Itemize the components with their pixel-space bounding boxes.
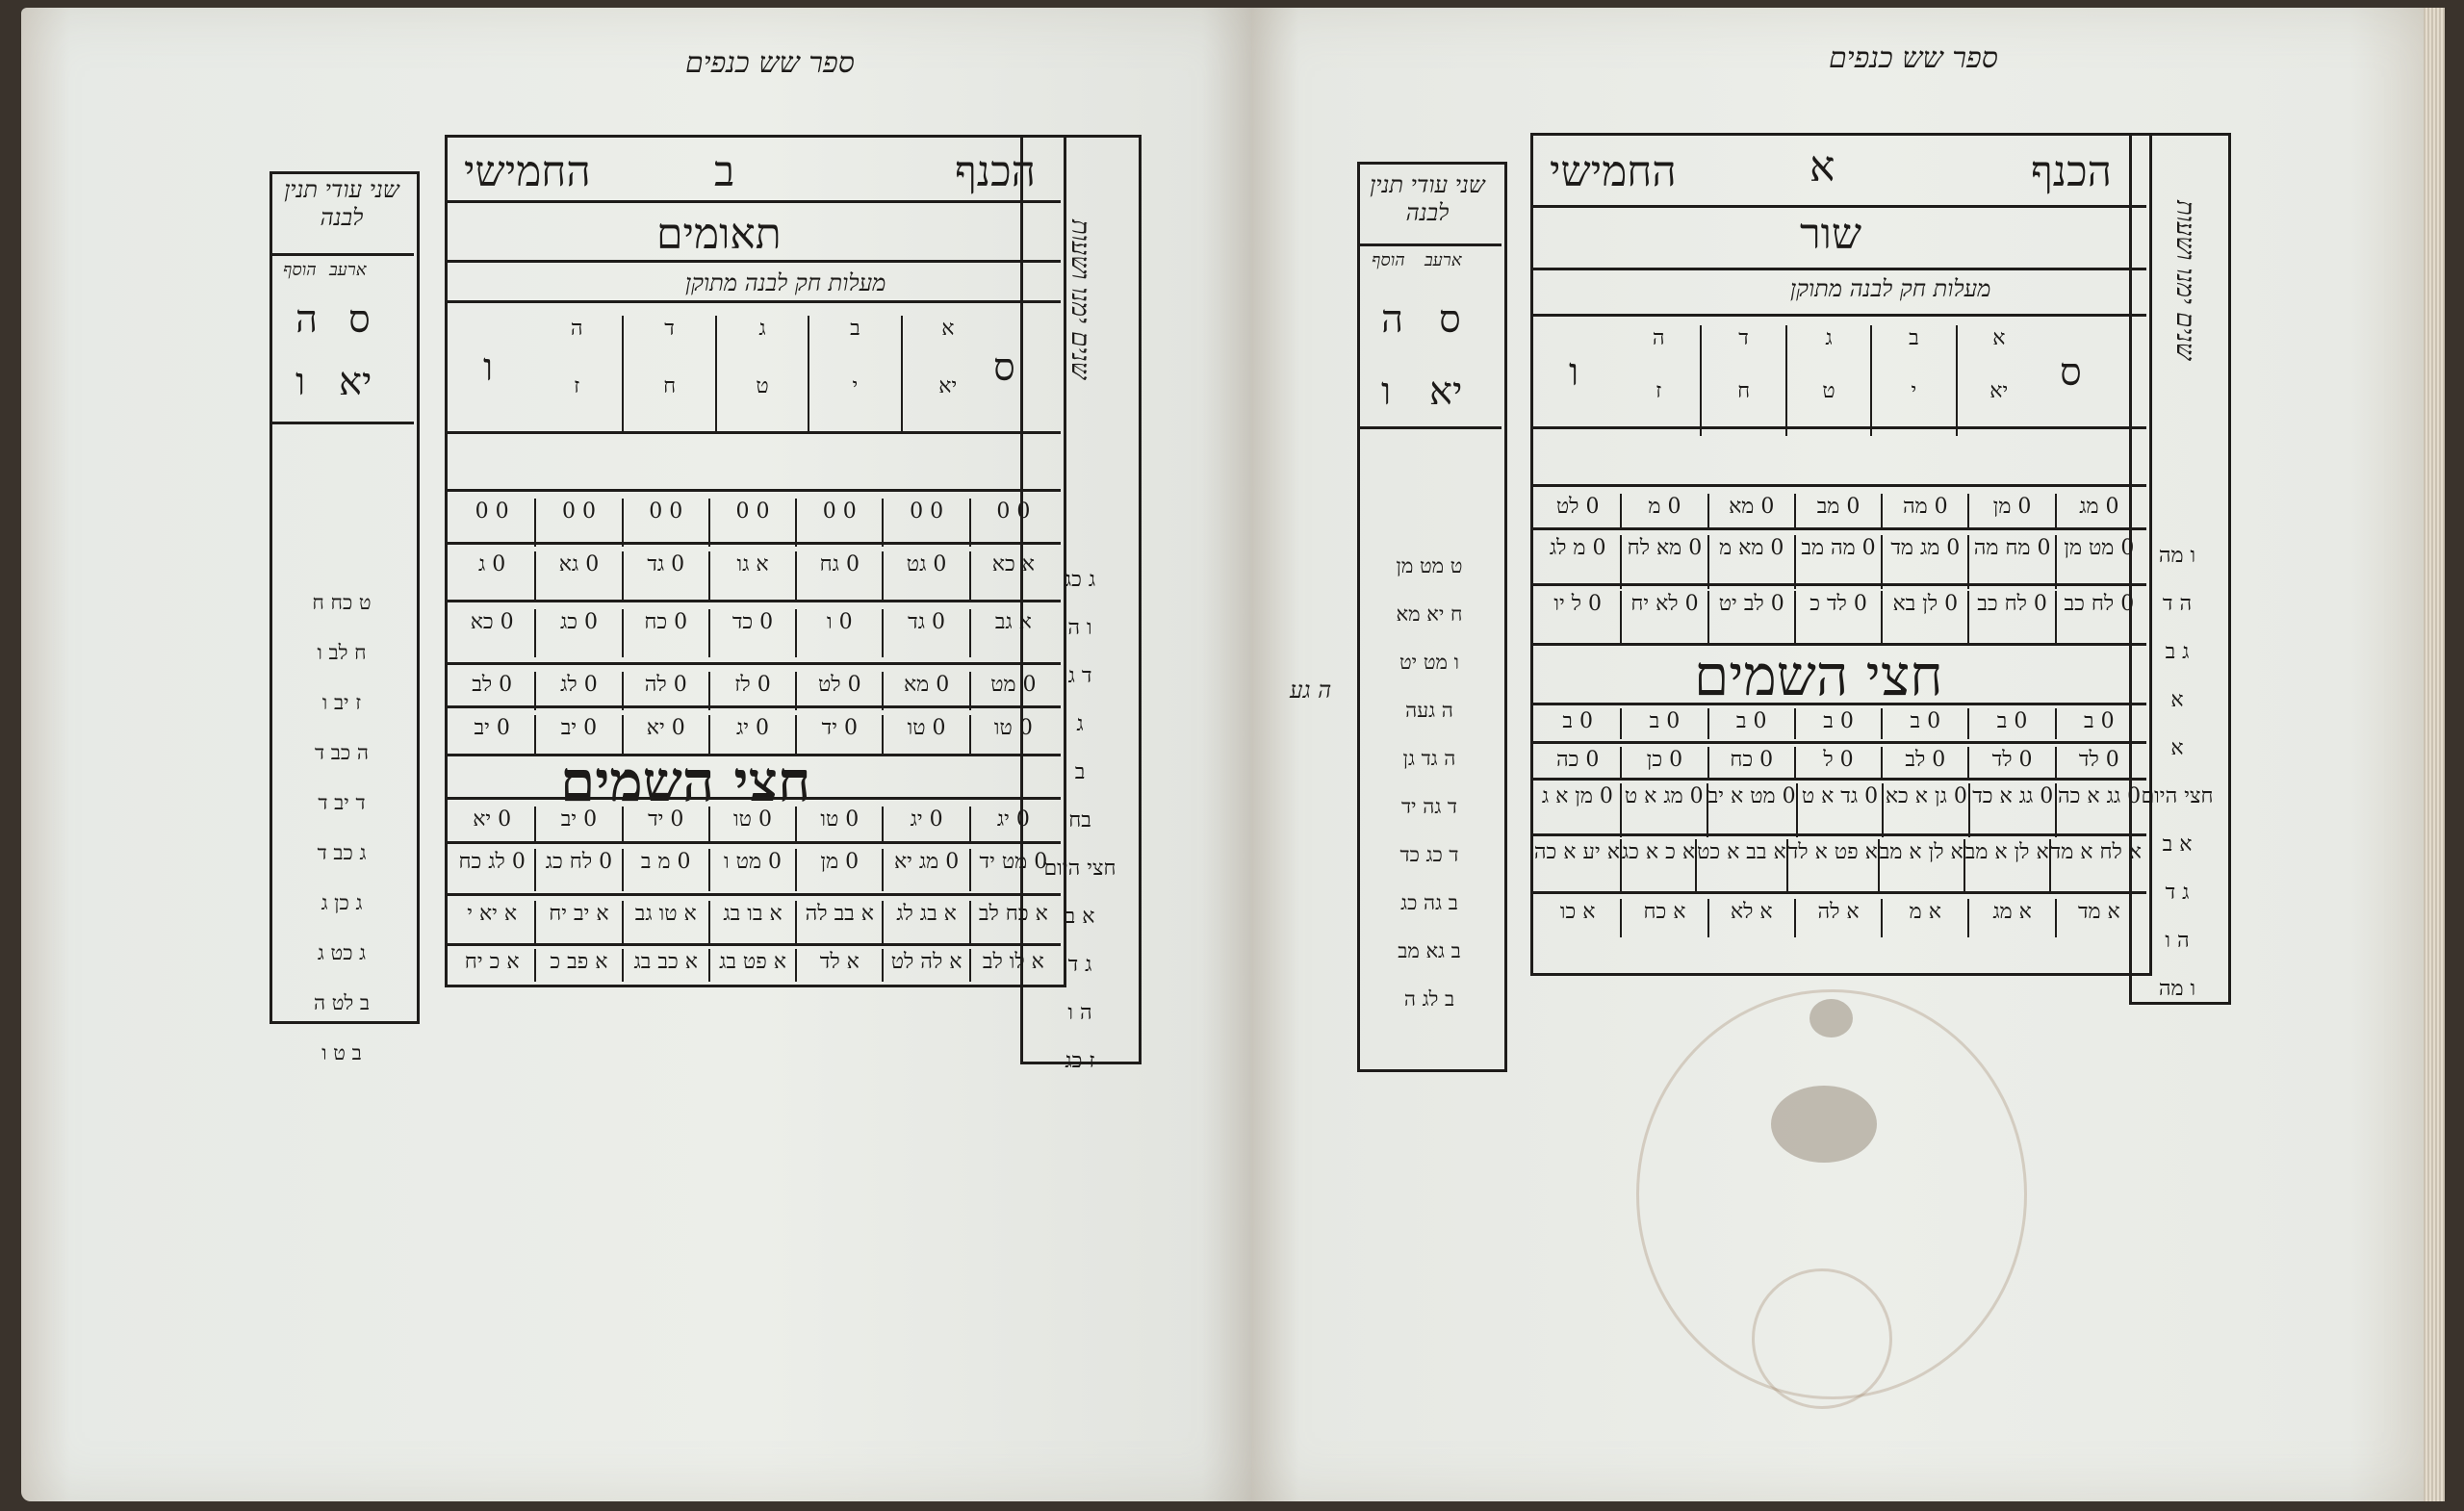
title-letter: ב <box>714 147 734 196</box>
title-wing: הכנף <box>2031 147 2112 196</box>
title-fifth: החמישי <box>464 147 591 196</box>
upper-row-5: 0 טו0 טו0 יד0 יג0 יא0 יב0 יב <box>449 715 1056 754</box>
lower-row-3: 0 גג א כה0 גג א כד0 גן א כא0 גד א ט0 מט … <box>1535 783 2142 837</box>
right-page: ספר שש כנפים הכנף א החמישי שור מעלות חק … <box>1251 8 2445 1501</box>
title-wing: הכנף <box>955 147 1036 196</box>
title-letter: א <box>1809 142 1835 192</box>
left-side-rows: ט כח חח לב וז יב וה כב דד יב דג כב דג כן… <box>279 527 404 1078</box>
lower-row-1: 0 ב0 ב0 ב0 ב0 ב0 ב0 ב <box>1535 708 2142 739</box>
degree-side-right: ס <box>993 345 1015 390</box>
upper-row-2: 0 מט מן0 מח מה0 מג מד0 מה מב0 מא מ0 מא ל… <box>1535 535 2142 589</box>
degree-side-left: ו <box>483 345 493 390</box>
running-head-left: ספר שש כנפים <box>685 46 855 80</box>
upper-row-3: 0 לח כב0 לח כב0 לן בא0 לד כ0 לב יט0 לא י… <box>1535 591 2142 645</box>
lower-row-2: 0 לד0 לד0 לב0 ל0 כח0 כן0 כה <box>1535 747 2142 778</box>
right-side-header: שנים ימנו ושעות <box>1065 219 1094 470</box>
degree-letters-top: א ב ג ד ה <box>1617 325 2040 383</box>
sign-name: תאומים <box>656 210 782 259</box>
half-heaven-label: חצי השמים <box>1694 643 1943 708</box>
upper-row-1: 0 מג0 מן0 מה0 מב0 מא0 מ0 לט <box>1535 494 2142 528</box>
lower-row-2: 0 מט יד0 מג יא0 מן0 מט ו0 מ ב0 לח כג0 לג… <box>449 849 1056 891</box>
title-fifth: החמישי <box>1550 147 1677 196</box>
margin-note: ה גע <box>1290 677 1331 704</box>
page-edges <box>2424 8 2445 1501</box>
lower-row-5: א מדא מגא מא להא לאא כחא כו <box>1535 899 2142 937</box>
right-side-header: שנים ימנו ושעות <box>2170 200 2199 450</box>
ink-stain <box>1771 1086 1877 1163</box>
upper-row-4: 0 מט0 מא0 לט0 לז0 לה0 לג0 לב <box>449 672 1056 710</box>
side-header: שני עודי תנין לבנה <box>1365 171 1490 227</box>
subtitle: מעלות חק לבנה מתוקן <box>685 269 885 297</box>
upper-row-3: א גב0 גד0 ו0 כד0 כח0 כג0 כא <box>449 609 1056 657</box>
lower-row-1: 0 יג0 יג0 טו0 טו0 יד0 יב0 יא <box>449 807 1056 841</box>
left-side-rows: ט מט מןח יא מאו מט יטה געהה גד גןד גה יד… <box>1365 494 1494 1023</box>
lower-row-4: א לח א מדא לן א מבא לן א מבא פט א לדא בב… <box>1535 839 2142 893</box>
running-head-right: ספר שש כנפים <box>1829 41 1998 75</box>
right-side-col: ג כגו הד גגבבחחצי היוםא בג דה וז כג <box>1032 508 1128 1086</box>
upper-row-2: א כא0 גט0 גחא גו0 גד0 גא0 ג <box>449 551 1056 600</box>
upper-row-1: 0 00 00 00 00 00 00 0 <box>449 499 1056 547</box>
side-subheader-right: ארעב <box>329 260 367 280</box>
degree-letters-bottom: יא י ט ח ז <box>531 373 993 431</box>
lower-row-4: א לו לבא לה לטא לדא פט בגא כב בגא פב כא … <box>449 949 1056 982</box>
book-spread: ספר שש כנפים הכנף ב החמישי תאומים מעלות … <box>0 0 2464 1511</box>
half-heaven-label: חצי השמים <box>560 749 810 814</box>
right-side-col: ו מהה דג באאחצי היוםא בג דה וו מה <box>2139 484 2216 1013</box>
lower-row-3: א כח לבא בג לגא בב להא בו בגא טו גבא יב … <box>449 901 1056 943</box>
sign-name: שור <box>1800 210 1861 259</box>
subtitle: מעלות חק לבנה מתוקן <box>1790 275 1990 303</box>
side-subheader-left: הוסף <box>283 260 317 280</box>
side-header: שני עודי תנין לבנה <box>279 176 404 232</box>
degree-letters-top: א ב ג ד ה <box>531 316 993 373</box>
left-page: ספר שש כנפים הכנף ב החמישי תאומים מעלות … <box>21 8 1251 1501</box>
